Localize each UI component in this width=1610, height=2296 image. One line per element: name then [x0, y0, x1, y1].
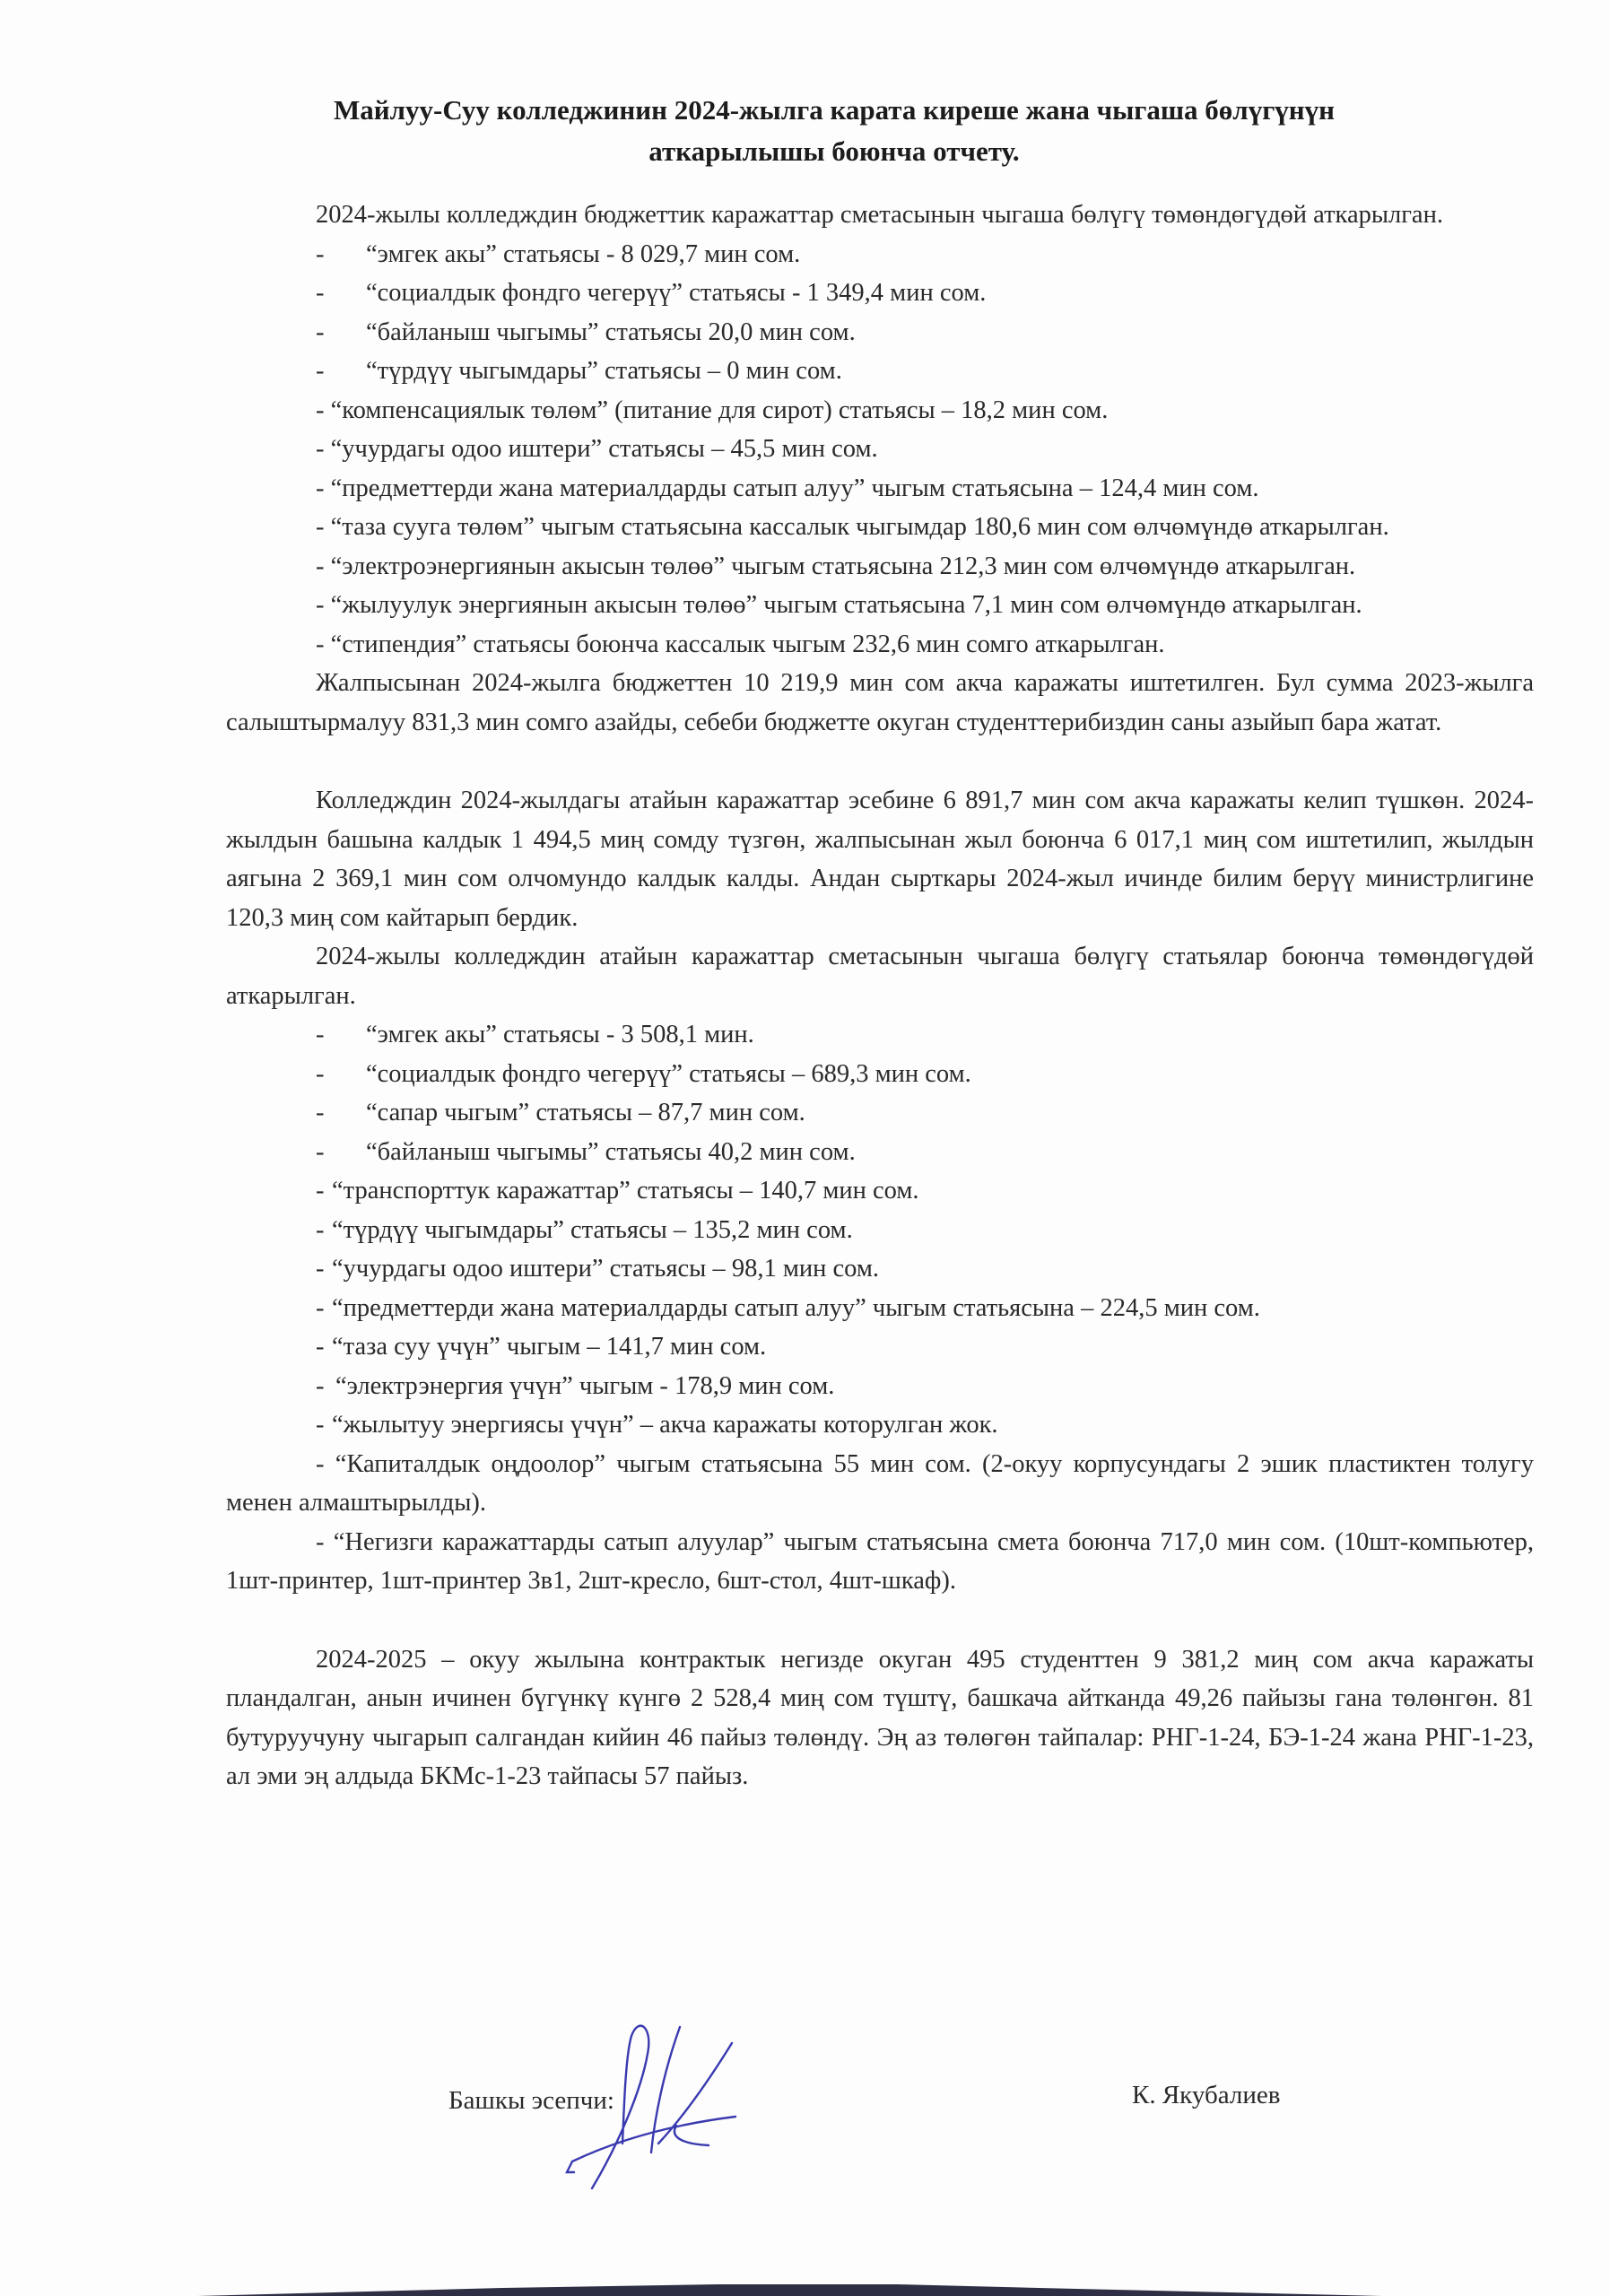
signatory-name: К. Якубалиев [1132, 2081, 1280, 2110]
list-item: -“жылытуу энергиясы үчүн” – акча каражат… [226, 1405, 1534, 1445]
budget-intro: 2024-жылы колледждин бюджеттик каражатта… [226, 196, 1534, 235]
special-funds-intro: Колледждин 2024-жылдагы атайын каражатта… [226, 781, 1534, 937]
list-item: -“таза суу үчүн” чыгым – 141,7 мин сом. [226, 1327, 1534, 1367]
document-title: Майлуу-Суу колледжинин 2024-жылга карата… [233, 90, 1435, 172]
spacer [226, 1601, 1534, 1640]
signature-block: Башкы эсепчи: К. Якубалиев [0, 2054, 1610, 2197]
list-item: - “таза сууга төлөм” чыгым статьясына ка… [226, 508, 1534, 547]
list-item: -“байланыш чыгымы” статьясы 20,0 мин сом… [226, 313, 1534, 352]
document-body: 2024-жылы колледждин бюджеттик каражатта… [226, 196, 1534, 1796]
title-line-1: Майлуу-Суу колледжинин 2024-жылга карата… [233, 90, 1435, 131]
list-item: -“транспорттук каражаттар” статьясы – 14… [226, 1171, 1534, 1211]
list-item: - “учурдагы одоо иштери” статьясы – 45,5… [226, 430, 1534, 469]
list-item: -“түрдүү чыгымдары” статьясы – 135,2 мин… [226, 1211, 1534, 1250]
document-page: Майлуу-Суу колледжинин 2024-жылга карата… [0, 0, 1610, 2296]
list-item: -“түрдүү чыгымдары” статьясы – 0 мин сом… [226, 352, 1534, 391]
budget-expense-list: -“эмгек акы” статьясы - 8 029,7 мин сом.… [226, 235, 1534, 665]
special-funds-expense-list: -“эмгек акы” статьясы - 3 508,1 мин. -“с… [226, 1015, 1534, 1601]
list-item: -“социалдык фондго чегерүү” статьясы – 6… [226, 1055, 1534, 1094]
budget-summary: Жалпысынан 2024-жылга бюджеттен 10 219,9… [226, 664, 1534, 742]
special-funds-intro-2: 2024-жылы колледждин атайын каражаттар с… [226, 937, 1534, 1015]
list-item: - “стипендия” статьясы боюнча кассалык ч… [226, 625, 1534, 665]
list-item: - “жылуулук энергиянын акысын төлөө” чыг… [226, 586, 1534, 625]
list-item: -“предметтерди жана материалдарды сатып … [226, 1289, 1534, 1328]
list-item: -“эмгек акы” статьясы - 8 029,7 мин сом. [226, 235, 1534, 274]
list-item: -“байланыш чыгымы” статьясы 40,2 мин сом… [226, 1133, 1534, 1172]
list-item: -“социалдык фондго чегерүү” статьясы - 1… [226, 274, 1534, 313]
list-item: -“учурдагы одоо иштери” статьясы – 98,1 … [226, 1249, 1534, 1289]
list-item: - “электроэнергиянын акысын төлөө” чыгым… [226, 547, 1534, 587]
spacer [226, 742, 1534, 781]
list-item: -“электрэнергия үчүн” чыгым - 178,9 мин … [226, 1367, 1534, 1406]
list-item: -“эмгек акы” статьясы - 3 508,1 мин. [226, 1015, 1534, 1055]
handwritten-signature-icon [565, 2018, 780, 2197]
list-item-capital-repairs: - “Капиталдык оңдоолор” чыгым статьясына… [226, 1445, 1534, 1523]
scan-edge-shadow [0, 2283, 1610, 2296]
list-item-fixed-assets: - “Негизги каражаттарды сатып алуулар” ч… [226, 1523, 1534, 1601]
contract-tuition-paragraph: 2024-2025 – окуу жылына контрактык негиз… [226, 1640, 1534, 1796]
list-item: - “компенсациялык төлөм” (питание для си… [226, 391, 1534, 430]
list-item: -“сапар чыгым” статьясы – 87,7 мин сом. [226, 1093, 1534, 1133]
list-item: - “предметтерди жана материалдарды сатып… [226, 469, 1534, 509]
title-line-2: аткарылышы боюнча отчету. [233, 131, 1435, 172]
